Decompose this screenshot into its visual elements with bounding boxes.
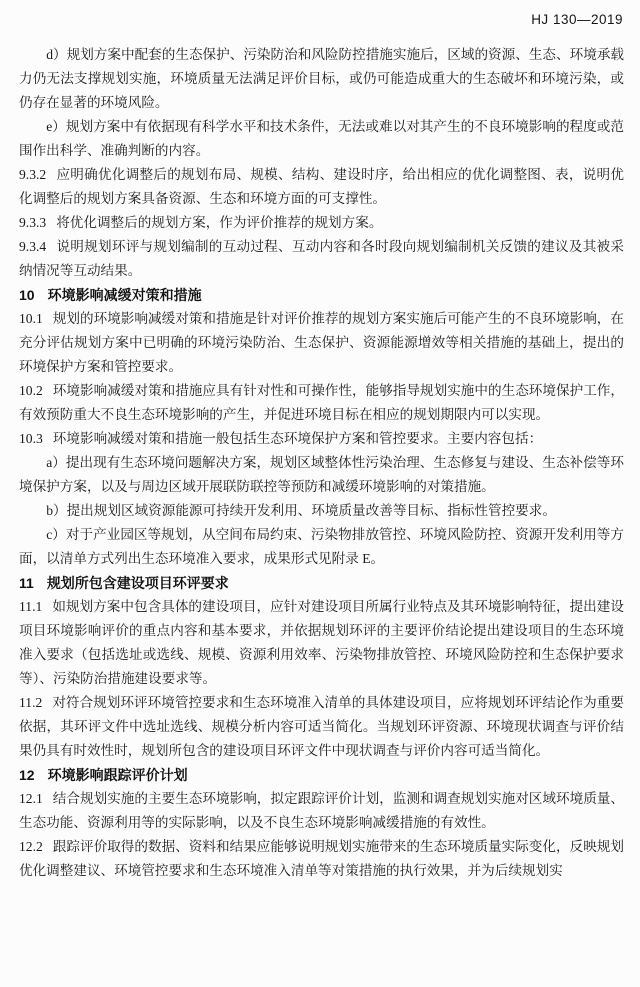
clause-text: 规划的环境影响减缓对策和措施是针对评价推荐的规划方案实施后可能产生的不良环境影响… [19, 311, 624, 374]
section-number: 11 [19, 575, 34, 591]
clause-text: 跟踪评价取得的数据、资料和结果应能够说明规划实施带来的生态环境质量实际变化，反映… [19, 839, 624, 878]
clause-number: 10.2 [19, 383, 43, 398]
section-title: 环境影响减缓对策和措施 [48, 287, 202, 303]
clause-10-1: 10.1规划的环境影响减缓对策和措施是针对评价推荐的规划方案实施后可能产生的不良… [19, 307, 624, 379]
section-heading-12: 12环境影响跟踪评价计划 [19, 763, 624, 787]
clause-number: 10.1 [19, 311, 43, 326]
item-text: 提出现有生态环境问题解决方案，规划区域整体性污染治理、生态修复与建设、生态补偿等… [19, 455, 624, 494]
section-heading-10: 10环境影响减缓对策和措施 [19, 283, 624, 307]
item-label: c） [46, 527, 66, 542]
clause-text: 将优化调整后的规划方案，作为评价推荐的规划方案。 [56, 215, 382, 230]
item-text: 对于产业园区等规划，从空间布局约束、污染物排放管控、环境风险防控、资源开发利用等… [19, 527, 624, 566]
clause-9-3-4: 9.3.4说明规划环评与规划编制的互动过程、互动内容和各时段向规划编制机关反馈的… [19, 235, 624, 283]
clause-text: 环境影响减缓对策和措施一般包括生态环境保护方案和管控要求。主要内容包括： [53, 431, 542, 446]
doc-number: HJ 130—2019 [531, 12, 623, 27]
item-text: 提出规划区域资源能源可持续开发利用、环境质量改善等目标、指标性管控要求。 [67, 503, 556, 518]
clause-9-3-3: 9.3.3将优化调整后的规划方案，作为评价推荐的规划方案。 [19, 211, 624, 235]
list-item-d: d）规划方案中配套的生态保护、污染防治和风险防控措施实施后，区域的资源、生态、环… [19, 43, 624, 115]
clause-text: 应明确优化调整后的规划布局、规模、结构、建设时序，给出相应的优化调整图、表，说明… [19, 167, 624, 206]
clause-number: 11.1 [19, 599, 42, 614]
list-item-e: e）规划方案中有依据现有科学水平和技术条件，无法或难以对其产生的不良环境影响的程… [19, 115, 624, 163]
page-header: HJ 130—2019 [0, 0, 640, 27]
clause-number: 11.2 [19, 695, 42, 710]
section-number: 12 [19, 767, 35, 783]
document-page: { "page": { "doc_number": "HJ 130—2019" … [0, 0, 640, 987]
section-title: 环境影响跟踪评价计划 [48, 767, 188, 783]
clause-number: 12.2 [19, 839, 43, 854]
clause-number: 9.3.4 [19, 239, 46, 254]
item-label: b） [46, 503, 66, 518]
clause-text: 结合规划实施的主要生态环境影响，拟定跟踪评价计划，监测和调查规划实施对区域环境质… [19, 791, 624, 830]
item-text: 规划方案中有依据现有科学水平和技术条件，无法或难以对其产生的不良环境影响的程度或… [19, 119, 624, 158]
list-item-c: c）对于产业园区等规划，从空间布局约束、污染物排放管控、环境风险防控、资源开发利… [19, 523, 624, 571]
clause-text: 对符合规划环评环境管控要求和生态环境准入清单的具体建设项目，应将规划环评结论作为… [19, 695, 624, 758]
list-item-a: a）提出现有生态环境问题解决方案，规划区域整体性污染治理、生态修复与建设、生态补… [19, 451, 624, 499]
clause-11-2: 11.2对符合规划环评环境管控要求和生态环境准入清单的具体建设项目，应将规划环评… [19, 691, 624, 763]
item-text: 规划方案中配套的生态保护、污染防治和风险防控措施实施后，区域的资源、生态、环境承… [19, 47, 624, 110]
clause-number: 12.1 [19, 791, 43, 806]
clause-number: 10.3 [19, 431, 43, 446]
clause-12-1: 12.1结合规划实施的主要生态环境影响，拟定跟踪评价计划，监测和调查规划实施对区… [19, 787, 624, 835]
section-title: 规划所包含建设项目环评要求 [47, 575, 229, 591]
item-label: a） [46, 455, 66, 470]
clause-10-2: 10.2环境影响减缓对策和措施应具有针对性和可操作性，能够指导规划实施中的生态环… [19, 379, 624, 427]
section-number: 10 [19, 287, 35, 303]
clause-text: 环境影响减缓对策和措施应具有针对性和可操作性，能够指导规划实施中的生态环境保护工… [19, 383, 624, 422]
clause-9-3-2: 9.3.2应明确优化调整后的规划布局、规模、结构、建设时序，给出相应的优化调整图… [19, 163, 624, 211]
item-label: e） [46, 119, 66, 134]
clause-text: 如规划方案中包含具体的建设项目，应针对建设项目所属行业特点及其环境影响特征，提出… [19, 599, 624, 686]
item-label: d） [46, 47, 66, 62]
list-item-b: b）提出规划区域资源能源可持续开发利用、环境质量改善等目标、指标性管控要求。 [19, 499, 624, 523]
clause-11-1: 11.1如规划方案中包含具体的建设项目，应针对建设项目所属行业特点及其环境影响特… [19, 595, 624, 691]
clause-12-2: 12.2跟踪评价取得的数据、资料和结果应能够说明规划实施带来的生态环境质量实际变… [19, 835, 624, 883]
section-heading-11: 11规划所包含建设项目环评要求 [19, 571, 624, 595]
clause-number: 9.3.2 [19, 167, 46, 182]
clause-number: 9.3.3 [19, 215, 46, 230]
clause-text: 说明规划环评与规划编制的互动过程、互动内容和各时段向规划编制机关反馈的建议及其被… [19, 239, 624, 278]
clause-10-3: 10.3环境影响减缓对策和措施一般包括生态环境保护方案和管控要求。主要内容包括： [19, 427, 624, 451]
document-body: d）规划方案中配套的生态保护、污染防治和风险防控措施实施后，区域的资源、生态、环… [19, 43, 624, 883]
